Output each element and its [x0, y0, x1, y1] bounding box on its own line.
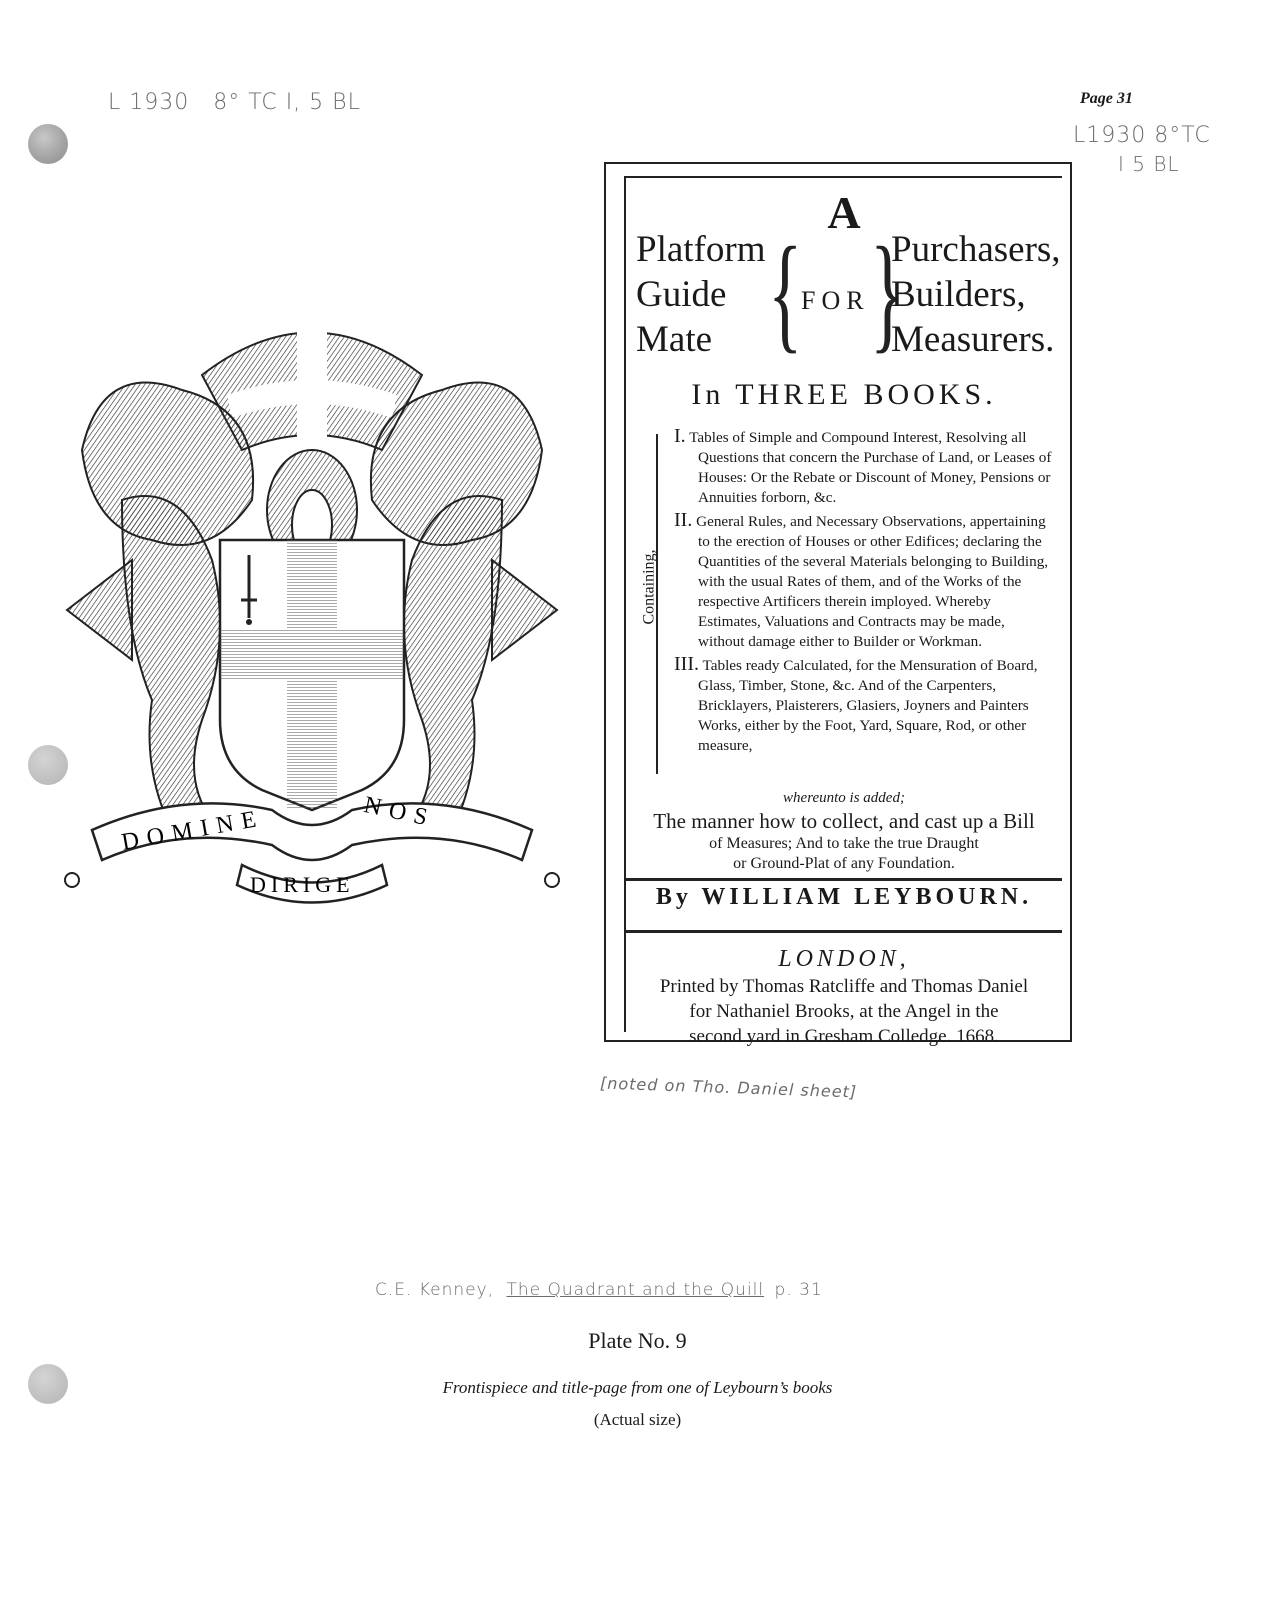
- shelfmark-top-right-line1: L1930 8°TC: [1073, 123, 1211, 148]
- containing-label: Containing,: [641, 549, 659, 624]
- imprint-city: LONDON,: [626, 946, 1062, 973]
- imprint-block: Printed by Thomas Ratcliffe and Thomas D…: [626, 974, 1062, 1049]
- contents-list: I. Tables of Simple and Compound Interes…: [674, 426, 1054, 758]
- shelfmark-top-right-line2: I 5 BL: [1118, 152, 1180, 176]
- author-line: By WILLIAM LEYBOURN.: [626, 884, 1062, 911]
- divider-rule: [626, 930, 1062, 933]
- reference-page: p. 31: [775, 1280, 823, 1300]
- books-heading: In THREE BOOKS.: [626, 378, 1062, 412]
- contents-item-3: III. Tables ready Calculated, for the Me…: [674, 654, 1054, 756]
- plate-number: Plate No. 9: [0, 1328, 1275, 1354]
- title-right-word-2: Builders,: [891, 273, 1026, 316]
- manner-lines: of Measures; And to take the true Draugh…: [626, 834, 1062, 874]
- title-left-word-1: Platform: [636, 228, 765, 271]
- plate-size-note: (Actual size): [0, 1410, 1275, 1430]
- motto-center: DIRIGE: [250, 872, 355, 897]
- contents-item-1: I. Tables of Simple and Compound Interes…: [674, 426, 1054, 508]
- title-right-word-3: Measurers.: [891, 318, 1054, 361]
- hole-punch-top: [28, 124, 68, 164]
- contents-item-2: II. General Rules, and Necessary Observa…: [674, 510, 1054, 652]
- divider-rule: [626, 878, 1062, 881]
- title-page: A Platform Guide Mate { FOR } Purchasers…: [604, 162, 1072, 1042]
- shelfmark-top-left: L 1930 8° TC I, 5 BL: [108, 90, 361, 115]
- title-left-word-2: Guide: [636, 273, 726, 316]
- page-number: Page 31: [1080, 90, 1133, 108]
- coat-of-arms-icon: DOMINE NOS DIRIGE: [62, 300, 562, 940]
- title-left-word-3: Mate: [636, 318, 712, 361]
- title-right-word-1: Purchasers,: [891, 228, 1061, 271]
- reference-author: C.E. Kenney,: [375, 1280, 494, 1300]
- reference-note: C.E. Kenney, The Quadrant and the Quill …: [375, 1280, 823, 1300]
- reference-title: The Quadrant and the Quill: [506, 1280, 764, 1300]
- plate-description: Frontispiece and title-page from one of …: [0, 1378, 1275, 1398]
- whereunto-added: whereunto is added;: [626, 790, 1062, 807]
- manner-line-1: The manner how to collect, and cast up a…: [626, 810, 1062, 832]
- frontispiece-coat-of-arms: DOMINE NOS DIRIGE: [62, 300, 562, 940]
- noted-on-annotation: [noted on Tho. Daniel sheet]: [600, 1074, 858, 1102]
- title-connector: FOR: [801, 286, 870, 316]
- left-brace-icon: {: [768, 228, 802, 358]
